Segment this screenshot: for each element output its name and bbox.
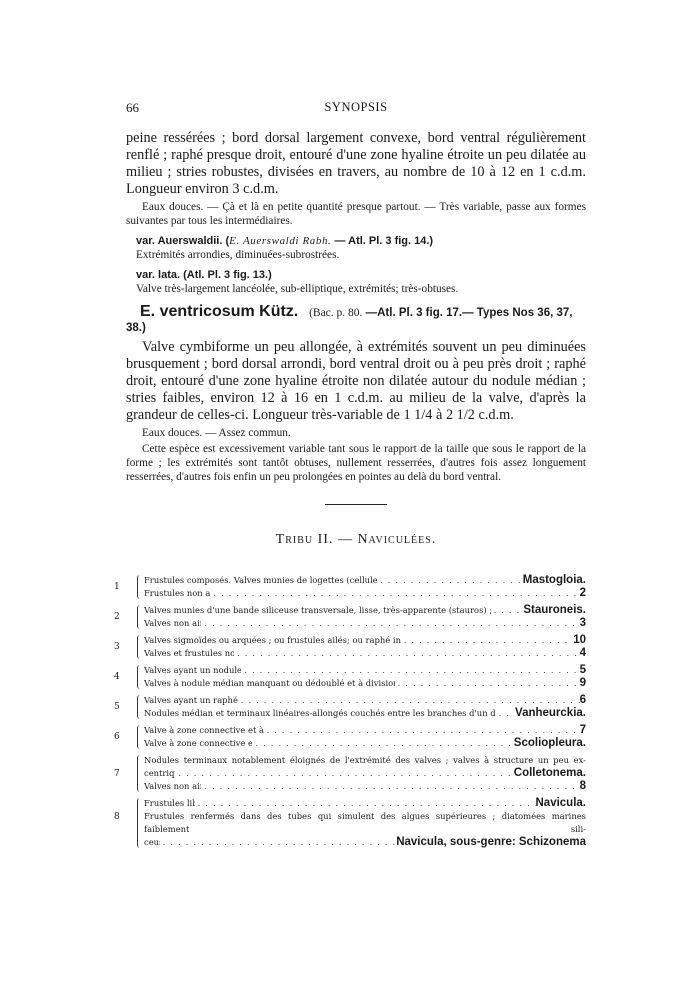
- identification-key: 1 Frustules composés. Valves munies de l…: [126, 574, 586, 849]
- key-couplet-2: 2 Valves munies d'une bande siliceuse tr…: [126, 604, 586, 630]
- key-couplet-7: 7 Nodules terminaux notablement éloignés…: [126, 754, 586, 793]
- section-divider: [325, 504, 387, 505]
- brace-icon: [137, 798, 142, 848]
- variety-heading-auerswaldii: var. Auerswaldii. (E. Auerswaldi Rabh. —…: [136, 235, 586, 247]
- species-habitat: Eaux douces. — Assez commun.: [126, 426, 586, 440]
- document-page: 66 SYNOPSIS peine ressérées ; bord dorsa…: [126, 100, 586, 853]
- brace-icon: [137, 635, 142, 659]
- species-heading: E. ventricosum Kütz. (Bac. p. 80. —Atl. …: [126, 304, 586, 336]
- key-couplet-6: 6 Valve à zone connective et à raphé dro…: [126, 724, 586, 750]
- species-remark: Cette espèce est excessivement variable …: [126, 442, 586, 484]
- running-head: 66 SYNOPSIS: [126, 100, 586, 122]
- key-couplet-4: 4 Valves ayant un nodule médian.........…: [126, 664, 586, 690]
- species-description: Valve cymbiforme un peu allongée, à extr…: [126, 339, 586, 424]
- running-title: SYNOPSIS: [126, 100, 586, 115]
- paragraph-description: peine ressérées ; bord dorsal largement …: [126, 130, 586, 198]
- key-couplet-8: 8 Frustules libres......................…: [126, 797, 586, 849]
- tribe-heading: Tribu II. — Naviculées.: [126, 532, 586, 548]
- variety-description-lata: Valve très-largement lancéolée, sub-elli…: [136, 282, 586, 296]
- brace-icon: [137, 575, 142, 599]
- brace-icon: [137, 605, 142, 629]
- brace-icon: [137, 725, 142, 749]
- species-name: E. ventricosum Kütz.: [140, 303, 298, 320]
- brace-icon: [137, 755, 142, 792]
- variety-description-auerswaldii: Extrémités arrondies, diminuées-subrostr…: [136, 248, 586, 262]
- brace-icon: [137, 665, 142, 689]
- key-couplet-5: 5 Valves ayant un raphé unique..........…: [126, 694, 586, 720]
- variety-heading-lata: var. lata. (Atl. Pl. 3 fig. 13.): [136, 269, 586, 281]
- brace-icon: [137, 695, 142, 719]
- key-couplet-3: 3 Valves sigmoïdes ou arquées ; ou frust…: [126, 634, 586, 660]
- key-couplet-1: 1 Frustules composés. Valves munies de l…: [126, 574, 586, 600]
- habitat-note: Eaux douces. — Çà et là en petite quanti…: [126, 200, 586, 228]
